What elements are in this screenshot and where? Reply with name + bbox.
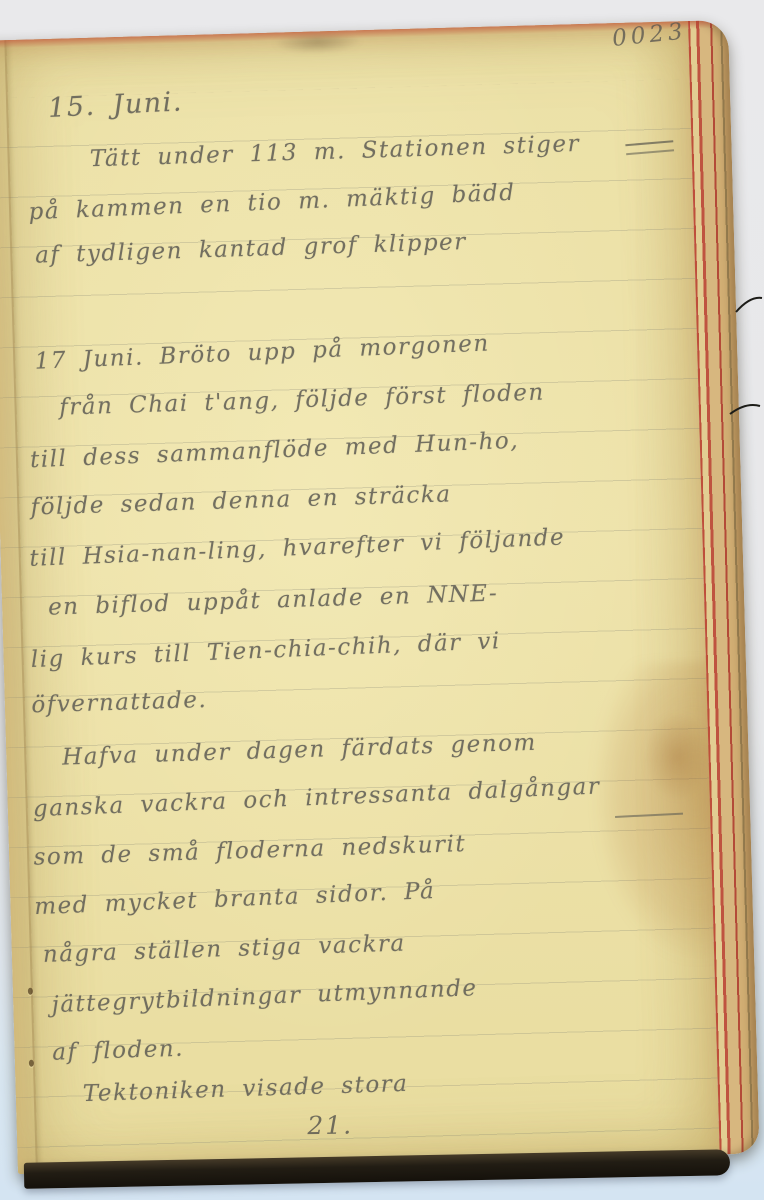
- loose-threads: [0, 0, 764, 1200]
- thread: [730, 405, 760, 414]
- thread: [736, 298, 762, 312]
- notebook-scan: 0023 15. Juni. Tätt under 113 m. Station…: [0, 0, 764, 1200]
